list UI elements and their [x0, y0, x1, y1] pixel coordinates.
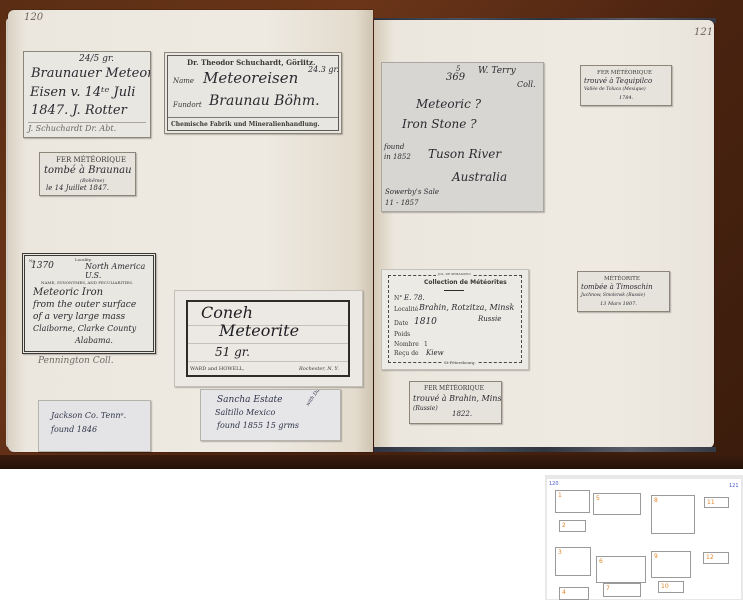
diagram-box-12[interactable]: 12 — [703, 552, 729, 564]
box-number: 3 — [558, 549, 562, 556]
box-number: 7 — [606, 585, 610, 592]
locality: Tuson River — [428, 147, 501, 161]
box-number: 6 — [599, 558, 603, 565]
box-number: 11 — [707, 499, 715, 506]
specimen-name: Meteoreisen — [203, 69, 298, 87]
box-number: 8 — [654, 497, 658, 504]
field-label: Name — [173, 77, 194, 85]
label-text: (Russie) — [413, 405, 438, 412]
album-photo: 120 121 24/5 gr. Braunauer Meteor- Eisen… — [0, 0, 743, 469]
label-text: Sancha Estate — [217, 395, 283, 405]
field-label: Date — [394, 320, 408, 327]
caption: NAME, SYNONYMES, AND PECULIARITIES. — [41, 280, 133, 285]
label-text: Claiborne, Clarke County — [33, 324, 136, 333]
label-text: 11 - 1857 — [385, 199, 419, 207]
diagram-box-8[interactable]: 8 — [651, 495, 695, 534]
specimen-label-9[interactable]: JOL. DE SEMASOWO Collection de Météorite… — [381, 269, 529, 370]
box-number: 12 — [706, 554, 714, 561]
specimen-label-11[interactable]: FER MÉTÉORIQUE trouvé à Tequipilco Vallé… — [580, 65, 672, 106]
diagram-left-page-number: 120 — [549, 481, 559, 487]
specimen-label-5[interactable]: Dr. Theodor Schuchardt, Görlitz. Name Me… — [164, 52, 342, 134]
label-text: Alabama. — [75, 336, 113, 345]
specimen-label-6[interactable]: Coneh Meteorite 51 gr. WARD and HOWELL, … — [174, 290, 363, 387]
label-text: found — [384, 143, 404, 151]
label-text: le 14 Juillet 1847. — [46, 184, 109, 192]
catalog-number: 1370 — [31, 261, 54, 271]
label-text: 1822. — [452, 410, 472, 418]
catalog-number: 369 — [446, 72, 465, 83]
label-text: Jackson Co. Tennᵉ. — [51, 411, 126, 420]
specimen-label-2[interactable]: FER MÉTÉORIQUE tombé à Braunau (Bohême) … — [39, 152, 136, 196]
label-text: of a very large mass — [33, 312, 125, 322]
label-text: 1847. J. Rotter — [31, 103, 127, 118]
label-header: FER MÉTÉORIQUE — [56, 156, 126, 164]
label-text: Juchnow, Smolensk (Russie) — [581, 293, 645, 298]
specimen-label-8[interactable]: 5 369 W. Terry Coll. Meteoric ? Iron Sto… — [381, 62, 544, 212]
label-text: Meteoric Iron — [33, 287, 103, 298]
diagram-box-11[interactable]: 11 — [704, 497, 729, 508]
label-text: trouvé à Brahin, Minsk — [413, 394, 502, 403]
country: Australia — [452, 170, 507, 184]
label-text: Vallée de Toluca (Mexique) — [584, 87, 646, 92]
specimen-label-12[interactable]: MÉTÉORITE tombée à Timoschin Juchnow, Sm… — [577, 271, 670, 312]
label-text: in 1852 — [384, 153, 411, 161]
label-text: Meteoric ? — [416, 97, 481, 111]
label-header: Dr. Theodor Schuchardt, Görlitz. — [187, 58, 315, 67]
label-text: Saltillo Mexico — [215, 408, 275, 417]
diagram-box-6[interactable]: 6 — [596, 556, 646, 583]
label-text: J. Schuchardt Dr. Abt. — [28, 124, 116, 133]
field-label: Fundort — [173, 101, 202, 109]
label-text: Iron Stone ? — [402, 117, 477, 131]
locality: North America U.S. — [85, 262, 155, 280]
label-text: 24/5 gr. — [79, 54, 114, 64]
label-footer: Chemische Fabrik und Mineralienhandlung. — [171, 121, 320, 128]
right-page-number: 121 — [694, 27, 713, 38]
source: Kiew — [426, 349, 444, 357]
locality: Braunau Böhm. — [209, 93, 320, 109]
locality: Brahin, Rotzitza, Minsk — [419, 303, 514, 312]
diagram-box-5[interactable]: 5 — [593, 493, 641, 515]
divider — [168, 117, 338, 118]
divider — [444, 290, 464, 291]
label-header: FER MÉTÉORIQUE — [597, 70, 652, 76]
field-label: Reçu de — [394, 350, 419, 357]
field-label: Localité — [394, 306, 418, 313]
label-text: Coll. — [517, 80, 536, 89]
label-text: tombée à Timoschin — [581, 283, 653, 291]
label-text: from the outer surface — [33, 300, 136, 310]
label-text: W. Terry — [478, 66, 516, 76]
label-note: with Daubreelite — [305, 389, 334, 407]
label-header: MÉTÉORITE — [604, 276, 640, 282]
left-page-number: 120 — [24, 12, 43, 23]
label-text: Eisen v. 14ᵗᵉ Juli — [30, 85, 135, 100]
caption: St-Pétersbourg. — [442, 360, 478, 365]
specimen-label-3[interactable]: No. 1370 Locality. North America U.S. NA… — [22, 253, 156, 354]
label-footer: Rochester, N. Y. — [299, 366, 339, 372]
label-key-diagram: 120 121 1 2 3 4 5 6 7 8 9 10 11 12 — [545, 475, 743, 600]
diagram-sheet: 120 121 1 2 3 4 5 6 7 8 9 10 11 12 — [547, 479, 741, 599]
label-text: found 1846 — [51, 425, 97, 434]
specimen-label-4[interactable]: Jackson Co. Tennᵉ. found 1846 — [38, 400, 151, 452]
field-label: Nombre — [394, 341, 419, 348]
country: Russie — [478, 315, 501, 323]
divider — [28, 122, 146, 123]
diagram-right-page-number: 121 — [729, 483, 739, 489]
collection-note: Pennington Coll. — [38, 356, 114, 366]
label-text: 51 gr. — [215, 345, 250, 359]
label-header: Collection de Météorites — [424, 279, 507, 286]
label-text: Braunauer Meteor- — [31, 66, 151, 81]
box-number: 5 — [596, 495, 600, 502]
label-text: 13 Mars 1807. — [600, 301, 637, 307]
diagram-box-1[interactable]: 1 — [555, 490, 590, 513]
specimen-label-1[interactable]: 24/5 gr. Braunauer Meteor- Eisen v. 14ᵗᵉ… — [23, 51, 151, 138]
field-label: N° — [394, 295, 402, 302]
quantity: 1 — [424, 341, 428, 348]
box-number: 1 — [558, 492, 562, 499]
box-number: 4 — [562, 589, 566, 596]
label-footer: WARD and HOWELL, — [190, 366, 244, 372]
label-text: found 1855 15 grms — [217, 421, 299, 430]
diagram-box-9[interactable]: 9 — [651, 551, 691, 578]
ruled-line — [188, 343, 348, 344]
caption: JOL. DE SEMASOWO — [436, 272, 473, 276]
diagram-box-3[interactable]: 3 — [555, 547, 591, 576]
diagram-box-7[interactable]: 7 — [603, 583, 641, 597]
label-text: tombé à Braunau — [44, 165, 132, 176]
cover-edge-bottom — [374, 447, 716, 452]
diagram-box-2[interactable]: 2 — [559, 520, 586, 532]
box-number: 9 — [654, 553, 658, 560]
ruled-line — [188, 361, 348, 362]
date: 1810 — [414, 317, 437, 327]
label-text: Coneh — [201, 303, 253, 322]
diagram-box-4[interactable]: 4 — [559, 587, 589, 600]
diagram-box-10[interactable]: 10 — [658, 581, 684, 593]
catalog-number: E. 78. — [404, 294, 425, 302]
specimen-label-7[interactable]: Sancha Estate Saltillo Mexico found 1855… — [200, 389, 341, 441]
specimen-weight: 24.3 gr. — [308, 65, 339, 74]
label-text: Meteorite — [219, 321, 299, 340]
box-number: 2 — [562, 522, 566, 529]
label-text: Sowerby's Sale — [385, 188, 439, 196]
label-text: trouvé à Tequipilco — [584, 77, 652, 85]
label-text: 1784. — [619, 95, 633, 101]
box-number: 10 — [661, 583, 669, 590]
specimen-label-10[interactable]: FER MÉTÉORIQUE trouvé à Brahin, Minsk (R… — [409, 381, 502, 424]
field-label: Poids — [394, 331, 410, 338]
label-header: FER MÉTÉORIQUE — [424, 385, 484, 392]
